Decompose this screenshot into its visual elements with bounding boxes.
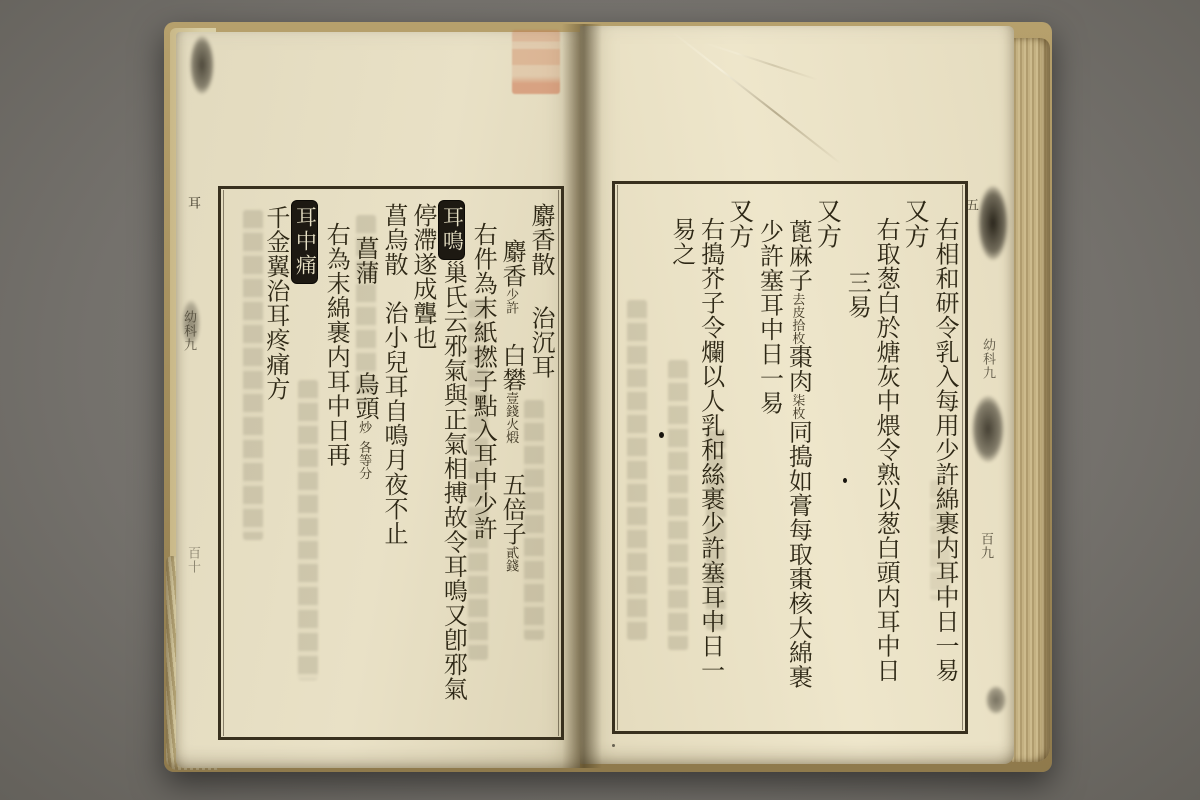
inline-dosage-note: 去皮拾枚 (790, 293, 805, 345)
ink-speck (843, 478, 847, 483)
fore-edge-label-left-top: 耳 (184, 196, 203, 210)
column-text: 停滯遂成聾也 (409, 203, 435, 350)
page-edge-stack-right (1012, 38, 1050, 762)
ink-stain (190, 36, 214, 94)
text-column-passage: 右為末綿裹内耳中日再 (321, 198, 348, 728)
column-text: 同搗如膏每取棗核大綿裹 (784, 420, 810, 690)
ingredient-name: 菖蒲 (351, 236, 377, 285)
text-column-wrap: 易之 (667, 193, 694, 722)
text-column-wrap: 少許塞耳中日一易 (755, 193, 782, 722)
text-column-wrap: 三易 (842, 193, 869, 722)
text-column-passage: 右件為末紙撚子點入耳中少許 (468, 198, 495, 728)
text-column-passage: 右相和研令乳入每用少許綿裹内耳中日一易 (930, 193, 957, 722)
column-text: 右為末綿裹内耳中日再 (322, 222, 348, 467)
recipe-title: 菖烏散 (380, 203, 406, 277)
column-text: 右相和研令乳入每用少許綿裹内耳中日一易 (931, 217, 957, 683)
text-column-ingredients: 麝香少許白礬壹錢火煅五倍子貳錢 (497, 198, 524, 728)
ink-speck (659, 432, 664, 438)
column-text: 又方 (901, 198, 928, 249)
ingredient-name: 烏頭 (351, 372, 377, 421)
left-text-frame: 麝香散治沉耳麝香少許白礬壹錢火煅五倍子貳錢右件為末紙撚子點入耳中少許耳鳴巢氏云邪… (218, 186, 564, 740)
fore-edge-label-right-top: 五 (962, 198, 981, 212)
ingredient-name: 麝香 (498, 239, 524, 288)
ingredient-dosage-note: 炒 (357, 421, 372, 434)
column-text: 少許塞耳中日一易 (756, 219, 782, 415)
fore-edge-label-right-middle: 幼科九 (979, 338, 998, 380)
ingredient-dosage-note: 少許 (504, 288, 519, 314)
fore-edge-label-left-bottom: 百十 (184, 546, 203, 574)
right-text-frame: 右相和研令乳入每用少許綿裹内耳中日一易又方右取葱白於煻灰中煨令熟以葱白頭内耳中日… (612, 181, 968, 734)
section-header-box: 耳鳴 (438, 200, 466, 260)
ink-speck (612, 744, 615, 747)
text-column-ingredients: 菖蒲烏頭炒各等分 (350, 198, 377, 728)
text-column-mixed: 蓖麻子去皮拾枚棗肉柒枚同搗如膏每取棗核大綿裹 (784, 193, 811, 722)
fore-edge-label-right-bottom: 百九 (977, 532, 996, 560)
column-text: 三易 (843, 270, 869, 319)
column-text: 右件為末紙撚子點入耳中少許 (469, 222, 495, 541)
fore-edge-label-left-middle: 幼科九 (180, 310, 199, 352)
ingredient-dosage-note: 壹錢火煅 (504, 392, 519, 444)
column-text: 易之 (668, 217, 694, 266)
left-page-text: 麝香散治沉耳麝香少許白礬壹錢火煅五倍子貳錢右件為末紙撚子點入耳中少許耳鳴巢氏云邪… (227, 198, 555, 728)
column-text: 棗肉 (784, 345, 810, 394)
column-text: 右取葱白於煻灰中煨令熟以葱白頭内耳中日 (872, 217, 898, 683)
inline-dosage-note: 柒枚 (790, 394, 805, 420)
text-column-passage: 右搗芥子令爛以人乳和絲裹少許塞耳中日一 (696, 193, 723, 722)
ingredient-name: 五倍子 (498, 472, 524, 546)
column-text: 千金翼治耳疼痛方 (262, 205, 288, 401)
ingredient-dosage-note: 各等分 (357, 441, 372, 480)
text-column-wrap: 停滯遂成聾也 (408, 198, 435, 728)
text-column-passage: 千金翼治耳疼痛方 (261, 198, 288, 728)
text-column-label: 又方 (900, 193, 928, 722)
ink-stain (986, 686, 1006, 714)
ingredient-name: 白礬 (498, 343, 524, 392)
ingredient-dosage-note: 貳錢 (504, 546, 519, 572)
ink-speck (738, 206, 741, 209)
recipe-indication: 治小兒耳自鳴月夜不止 (380, 300, 406, 545)
text-column-section-passage: 耳鳴巢氏云邪氣與正氣相搏故令耳鳴又卽邪氣 (437, 198, 467, 728)
column-text: 又方 (813, 198, 840, 249)
text-column-label: 又方 (812, 193, 840, 722)
section-header-box: 耳中痛 (291, 200, 319, 284)
right-page-text: 右相和研令乳入每用少許綿裹内耳中日一易又方右取葱白於煻灰中煨令熟以葱白頭内耳中日… (621, 193, 959, 722)
ink-stain (978, 186, 1008, 260)
text-column-title: 菖烏散治小兒耳自鳴月夜不止 (379, 198, 406, 728)
column-text: 巢氏云邪氣與正氣相搏故令耳鳴又卽邪氣 (439, 260, 465, 701)
text-column-label: 又方 (725, 193, 753, 722)
recipe-indication: 治沉耳 (527, 305, 553, 379)
text-column-section: 耳中痛 (290, 198, 320, 728)
text-column-title: 麝香散治沉耳 (526, 198, 553, 728)
ink-stain (972, 396, 1004, 462)
recipe-title: 麝香散 (527, 203, 553, 277)
red-collector-seal (512, 30, 560, 94)
book-gutter-shadow (562, 24, 602, 768)
column-text: 右搗芥子令爛以人乳和絲裹少許塞耳中日一 (697, 217, 723, 683)
text-column-passage: 右取葱白於煻灰中煨令熟以葱白頭内耳中日 (871, 193, 898, 722)
column-text: 蓖麻子 (784, 219, 810, 293)
